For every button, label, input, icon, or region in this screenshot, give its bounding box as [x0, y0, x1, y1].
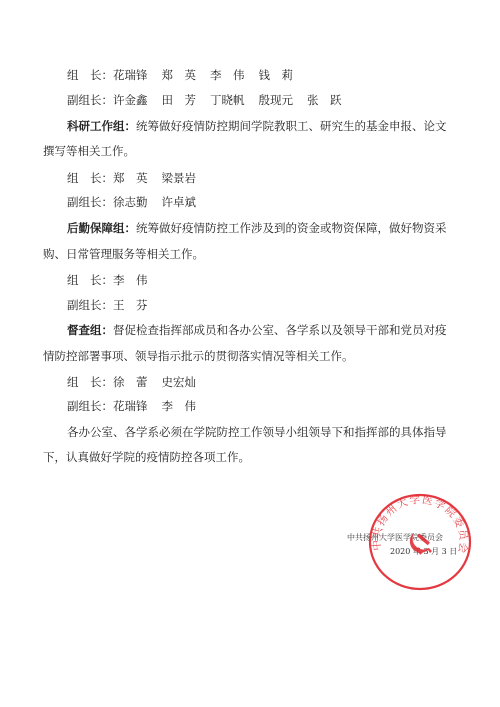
- logistics-group-paragraph: 后勤保障组：统筹做好疫情防控工作涉及到的资金或物资保障，做好物资采: [67, 221, 447, 235]
- paragraph-continuation: 撰写等相关工作。: [43, 144, 135, 158]
- paragraph-text: 督促检查指挥部成员和各办公室、各学系以及领导干部和党员对疫: [113, 323, 447, 337]
- deputy-line-3: 副组长：王 芬: [67, 298, 162, 312]
- deputy-line-1: 副组长：许金鑫田 芳丁晓帆殷现元张 跃: [67, 93, 356, 107]
- deputy-line-2: 副组长：徐志勤许卓斌: [67, 195, 210, 209]
- name: 李 伟: [162, 399, 197, 413]
- name: 李 伟: [210, 68, 245, 82]
- label: 副组长：: [67, 195, 113, 209]
- inspection-group-heading: 督查组：: [67, 323, 113, 337]
- name: 史宏灿: [162, 375, 197, 389]
- name: 郑 英: [162, 68, 197, 82]
- name: 许卓斌: [162, 195, 197, 209]
- label: 副组长：: [67, 298, 113, 312]
- label: 组 长：: [67, 171, 113, 185]
- official-seal-stamp: 中共扬州大学医学院委员会: [368, 493, 472, 591]
- name: 徐 蕾: [113, 375, 148, 389]
- name: 梁景岩: [162, 171, 197, 185]
- paragraph-text: 统筹做好疫情防控期间学院教职工、研究生的基金申报、论文: [136, 119, 447, 133]
- name: 花瑞锋: [113, 68, 148, 82]
- name: 许金鑫: [113, 93, 148, 107]
- paragraph-text: 统筹做好疫情防控工作涉及到的资金或物资保障，做好物资采: [136, 221, 447, 235]
- name: 田 芳: [162, 93, 197, 107]
- name: 钱 莉: [259, 68, 294, 82]
- name: 李 伟: [113, 273, 148, 287]
- paragraph-continuation: 购、日常管理服务等相关工作。: [43, 247, 204, 261]
- name: 丁晓帆: [210, 93, 245, 107]
- label: 组 长：: [67, 375, 113, 389]
- name: 郑 英: [113, 171, 148, 185]
- inspection-group-paragraph: 督查组：督促检查指挥部成员和各办公室、各学系以及领导干部和党员对疫: [67, 323, 447, 337]
- party-emblem-icon: [410, 533, 432, 555]
- research-group-heading: 科研工作组：: [67, 119, 136, 133]
- name: 殷现元: [259, 93, 294, 107]
- name: 花瑞锋: [113, 399, 148, 413]
- name: 王 芬: [113, 298, 148, 312]
- leader-line-3: 组 长：李 伟: [67, 273, 162, 287]
- label: 组 长：: [67, 273, 113, 287]
- seal-text: 中共扬州大学医学院委员会: [370, 493, 471, 556]
- label: 副组长：: [67, 399, 113, 413]
- leader-line-2: 组 长：郑 英梁景岩: [67, 171, 210, 185]
- paragraph-continuation: 情防控部署事项、领导指示批示的贯彻落实情况等相关工作。: [43, 349, 354, 363]
- name: 徐志勤: [113, 195, 148, 209]
- label: 副组长：: [67, 93, 113, 107]
- research-group-paragraph: 科研工作组：统筹做好疫情防控期间学院教职工、研究生的基金申报、论文: [67, 119, 447, 133]
- paragraph-continuation: 下，认真做好学院的疫情防控各项工作。: [43, 450, 250, 464]
- svg-text:中共扬州大学医学院委员会: 中共扬州大学医学院委员会: [370, 493, 471, 556]
- deputy-line-4: 副组长：花瑞锋李 伟: [67, 399, 210, 413]
- closing-paragraph: 各办公室、各学系必须在学院防控工作领导小组领导下和指挥部的具体指导: [67, 425, 447, 439]
- leader-line-1: 组 长：花瑞锋郑 英李 伟钱 莉: [67, 68, 307, 82]
- name: 张 跃: [307, 93, 342, 107]
- logistics-group-heading: 后勤保障组：: [67, 221, 136, 235]
- label: 组 长：: [67, 68, 113, 82]
- leader-line-4: 组 长：徐 蕾史宏灿: [67, 375, 210, 389]
